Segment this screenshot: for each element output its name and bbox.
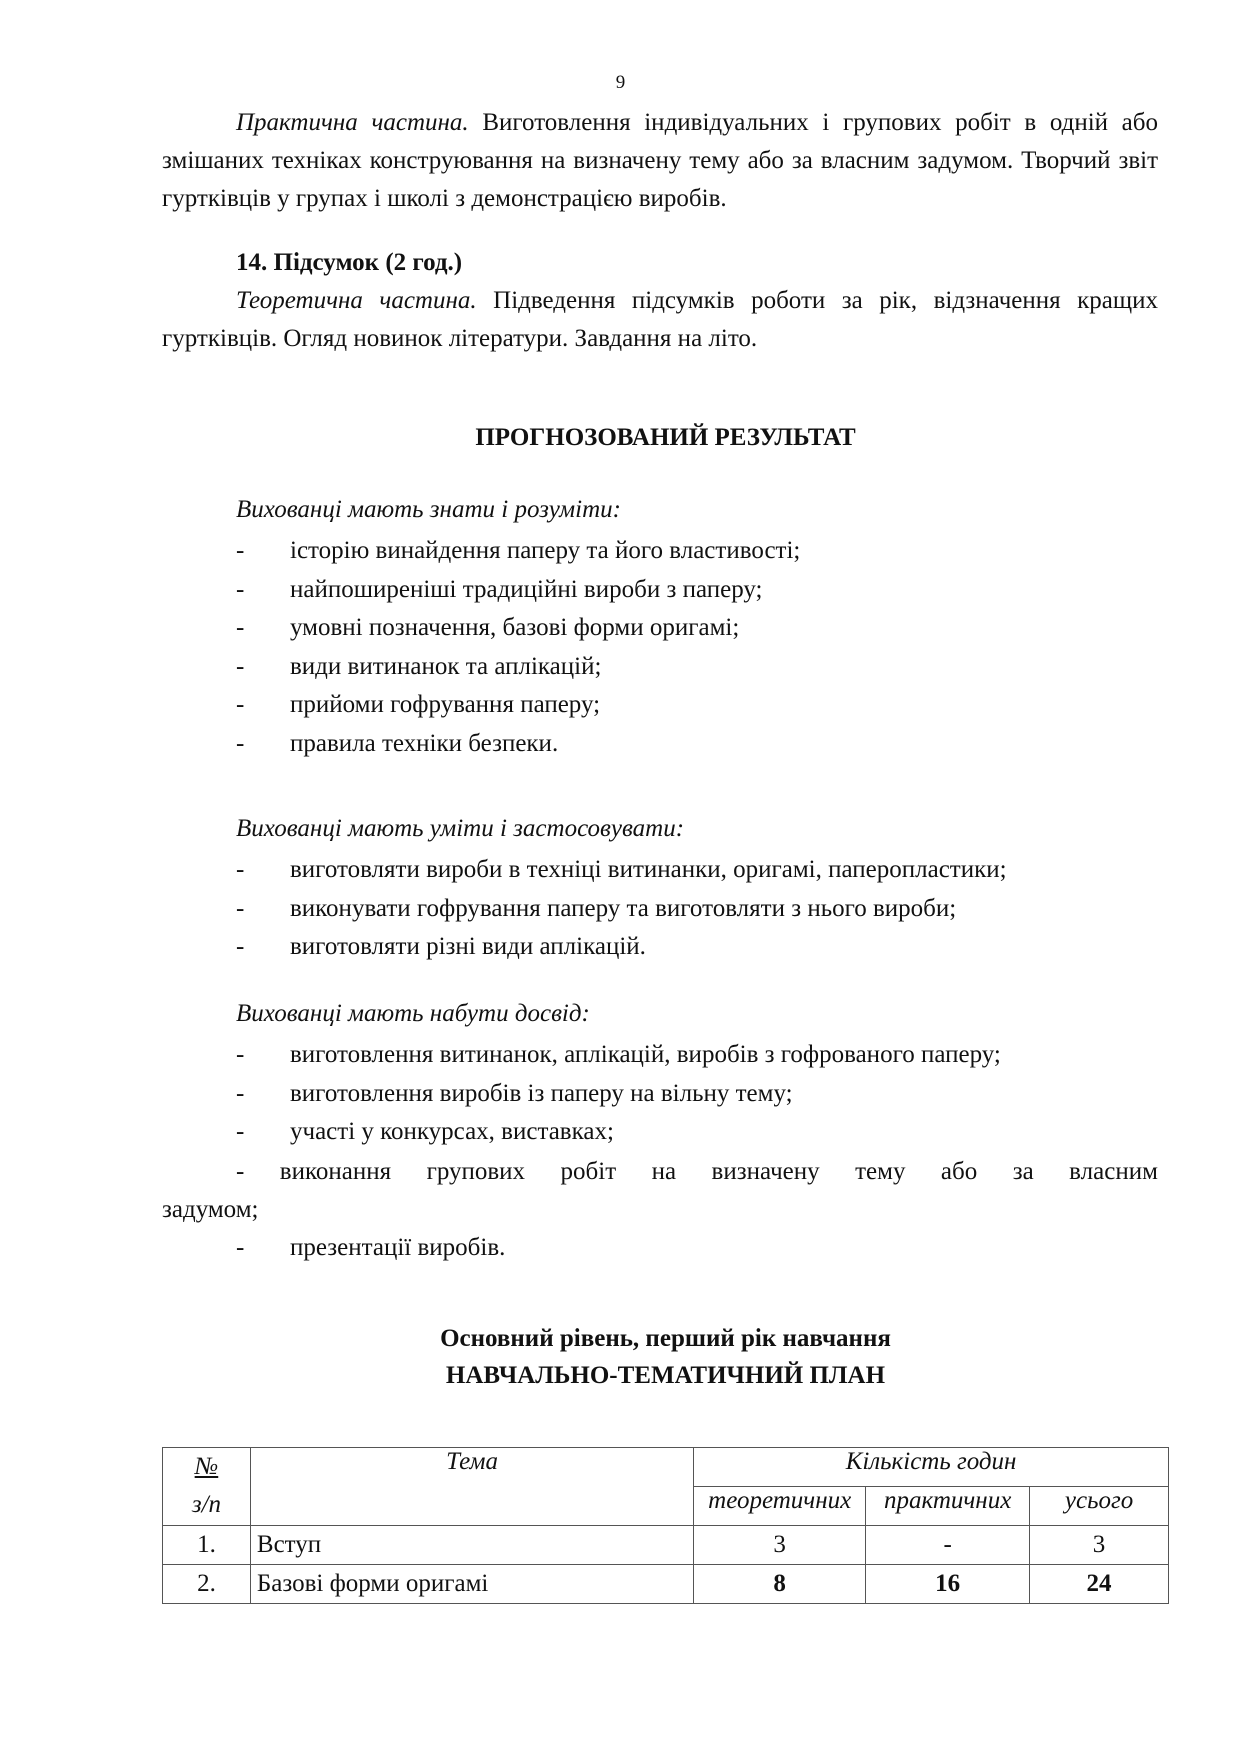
- section-14-paragraph: Теоретична частина. Підведення підсумків…: [162, 282, 1158, 358]
- dash-bullet: -: [236, 648, 244, 686]
- can-heading: Вихованці мають уміти і застосовувати:: [236, 815, 684, 843]
- header-practice: практичних: [866, 1487, 1030, 1526]
- list-item-text: виготовлення витинанок, аплікацій, вироб…: [290, 1041, 1001, 1068]
- practical-part-label: Практична частина.: [236, 109, 469, 136]
- list-item: -умовні позначення, базові форми оригамі…: [236, 609, 800, 648]
- dash-bullet: -: [236, 1229, 244, 1267]
- experience-last-item: -презентації виробів.: [236, 1229, 505, 1268]
- experience-list: -виготовлення витинанок, аплікацій, виро…: [236, 1036, 1001, 1152]
- section-14-title: 14. Підсумок (2 год.): [162, 244, 1158, 282]
- list-item-text: найпоширеніші традиційні вироби з паперу…: [290, 576, 763, 603]
- row-number: 2.: [163, 1565, 251, 1604]
- row-practice-hours: -: [866, 1526, 1030, 1565]
- list-item: -правила техніки безпеки.: [236, 725, 800, 764]
- dash-bullet: -: [236, 532, 244, 570]
- list-item-text: виконувати гофрування паперу та виготовл…: [290, 895, 956, 922]
- row-topic: Вступ: [250, 1526, 693, 1565]
- header-theory: теоретичних: [694, 1487, 866, 1526]
- dash-bullet: -: [236, 890, 244, 928]
- list-item: -історію винайдення паперу та його власт…: [236, 532, 800, 571]
- row-total-hours: 24: [1030, 1565, 1169, 1604]
- list-item: -виконувати гофрування паперу та виготов…: [236, 890, 1007, 929]
- row-topic: Базові форми оригамі: [250, 1565, 693, 1604]
- thematic-plan-table: № з/п Тема Кількість годин теоретичних п…: [162, 1447, 1169, 1604]
- plan-title: НАВЧАЛЬНО-ТЕМАТИЧНИЙ ПЛАН: [162, 1362, 1169, 1390]
- dash-bullet: -: [236, 571, 244, 609]
- experience-heading: Вихованці мають набути досвід:: [236, 1000, 590, 1028]
- dash-bullet: -: [236, 686, 244, 724]
- plan-level-title: Основний рівень, перший рік навчання: [162, 1325, 1169, 1353]
- row-total-hours: 3: [1030, 1526, 1169, 1565]
- list-item-text: виготовлення виробів із паперу на вільну…: [290, 1080, 793, 1107]
- wrapped-item-tail: задумом;: [162, 1191, 1158, 1229]
- list-item-text: прийоми гофрування паперу;: [290, 691, 600, 718]
- know-list: -історію винайдення паперу та його власт…: [236, 532, 800, 763]
- header-hours: Кількість годин: [694, 1448, 1169, 1487]
- results-heading: ПРОГНОЗОВАНИЙ РЕЗУЛЬТАТ: [162, 424, 1169, 452]
- dash-bullet: -: [236, 725, 244, 763]
- theory-part-label: Теоретична частина.: [236, 287, 477, 314]
- list-item: -презентації виробів.: [236, 1229, 505, 1268]
- list-item-text: види витинанок та аплікацій;: [290, 653, 601, 680]
- list-item-text: умовні позначення, базові форми оригамі;: [290, 614, 739, 641]
- list-item: -виготовлення витинанок, аплікацій, виро…: [236, 1036, 1001, 1075]
- header-topic: Тема: [250, 1448, 693, 1526]
- can-list: -виготовляти вироби в техніці витинанки,…: [236, 851, 1007, 967]
- list-item: -виготовляти різні види аплікацій.: [236, 928, 1007, 967]
- document-page: 9 Практична частина. Виготовлення індиві…: [0, 0, 1241, 1755]
- row-practice-hours: 16: [866, 1565, 1030, 1604]
- list-item-wrapped: -виконаннягруповихробітнавизначенутемуаб…: [162, 1153, 1158, 1229]
- dash-bullet: -: [236, 851, 244, 889]
- list-item: -види витинанок та аплікацій;: [236, 648, 800, 687]
- row-theory-hours: 8: [694, 1565, 866, 1604]
- dash-bullet: -: [236, 1113, 244, 1151]
- row-theory-hours: 3: [694, 1526, 866, 1565]
- list-item: -виготовляти вироби в техніці витинанки,…: [236, 851, 1007, 890]
- header-total: усього: [1030, 1487, 1169, 1526]
- list-item-text: виготовляти вироби в техніці витинанки, …: [290, 856, 1007, 883]
- dash-bullet: -: [236, 609, 244, 647]
- table-header-row: № з/п Тема Кількість годин: [163, 1448, 1169, 1487]
- table-row: 2.Базові форми оригамі81624: [163, 1565, 1169, 1604]
- header-number: № з/п: [163, 1448, 251, 1526]
- table-row: 1.Вступ3-3: [163, 1526, 1169, 1565]
- page-number: 9: [0, 72, 1241, 94]
- dash-bullet: -: [236, 1075, 244, 1113]
- list-item-text: правила техніки безпеки.: [290, 730, 558, 757]
- list-item: -прийоми гофрування паперу;: [236, 686, 800, 725]
- row-number: 1.: [163, 1526, 251, 1565]
- list-item-text: виготовляти різні види аплікацій.: [290, 933, 646, 960]
- dash-bullet: -: [236, 928, 244, 966]
- practical-part-paragraph: Практична частина. Виготовлення індивіду…: [162, 104, 1158, 218]
- dash-bullet: -: [236, 1036, 244, 1074]
- wrapped-item-first-line: -виконаннягруповихробітнавизначенутемуаб…: [162, 1153, 1158, 1191]
- know-heading: Вихованці мають знати і розуміти:: [236, 496, 621, 524]
- list-item-text: історію винайдення паперу та його власти…: [290, 537, 800, 564]
- list-item-text: участі у конкурсах, виставках;: [290, 1118, 614, 1145]
- list-item: -виготовлення виробів із паперу на вільн…: [236, 1075, 1001, 1114]
- list-item: -найпоширеніші традиційні вироби з папер…: [236, 571, 800, 610]
- list-item: -участі у конкурсах, виставках;: [236, 1113, 1001, 1152]
